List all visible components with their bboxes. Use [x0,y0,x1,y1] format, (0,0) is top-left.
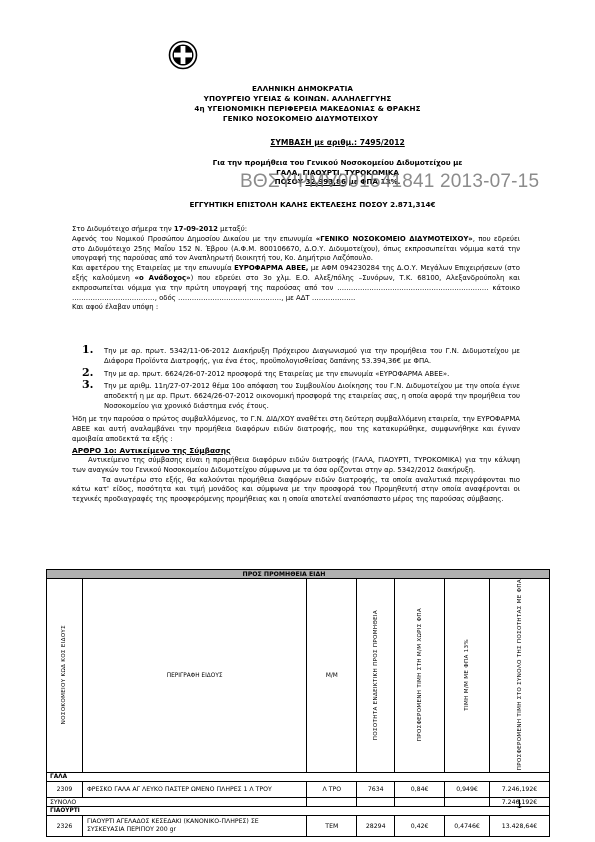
sum-row: ΣΥΝΟΛΟ 7.246,192€ [47,798,550,807]
cell-description: ΓΙΑΟΥΡΤΙ ΑΓΕΛΑΔΟΣ ΚΕΣΕΔΑΚΙ (ΚΑΝΟΝΙΚΟ-ΠΛΗ… [82,816,306,837]
party-2-intro: Και αφετέρου της Εταιρείας με την επωνυμ… [72,264,234,272]
party-2-name: ΕΥΡΟΦΑΡΜΑ ΑΒΕΕ, [234,264,308,272]
intro-section: Στο Διδυμότειχο σήμερα την 17-09-2012 με… [72,225,520,313]
col-header-price-label: ΠΡΟΣΦΕΡΟΜΕΝΗ ΤΙΜΗ ΣΤΗ Μ/Μ ΧΩΡΙΣ ΦΠΑ [417,608,423,741]
cell-unit: ΤΕΜ [307,816,357,837]
date-suffix: μεταξύ: [218,225,247,233]
article-1-body: Αντικείμενο της σύμβασης είναι η προμήθε… [72,456,520,505]
col-header-code: ΝΟΣΟΚΟΜΕΙΟΥ ΚΩΔ ΚΟΣ ΕΙΔΟΥΣ [47,579,83,773]
table-row: 2309 ΦΡΕΣΚΟ ΓΑΛΑ ΑΓ ΛΕΥΚΟ ΠΑΣΤΕΡ ΩΜΕΝΟ Π… [47,782,550,798]
cell-quantity: 28294 [357,816,395,837]
consideration-item: 2. Την με αρ. πρωτ. 6624/26-07-2012 προσ… [72,370,520,380]
item-text: Την με αρ. πρωτ. 6624/26-07-2012 προσφορ… [104,370,449,378]
contract-title: ΣΥΜΒΑΣΗ με αριθμ.: 7495/2012 [0,138,595,147]
col-header-code-label: ΝΟΣΟΚΟΜΕΙΟΥ ΚΩΔ ΚΟΣ ΕΙΔΟΥΣ [61,625,67,724]
col-header-quantity-label: ΠΟΣΟΤΗΤΑ ΕΝΔΕΙΚΤΙΚΗ ΠΡΟΣ ΠΡΟΜΗΘΕΙΑ [373,610,379,740]
cell-total: 13.428,64€ [490,816,550,837]
table-header-row: ΝΟΣΟΚΟΜΕΙΟΥ ΚΩΔ ΚΟΣ ΕΙΔΟΥΣ ΠΕΡΙΓΡΑΦΗ ΕΙΔ… [47,579,550,773]
agreement-paragraph: Ήδη με την παρούσα ο πρώτος συμβαλλόμενο… [72,415,520,444]
desc-line-2: ΣΥΣΚΕΥΑΣΙΑ ΠΕΡΙΠΟΥ 200 gr [87,826,306,834]
page-number: 1 [516,798,523,811]
issuer-header: ΕΛΛΗΝΙΚΗ ΔΗΜΟΚΡΑΤΙΑ ΥΠΟΥΡΓΕΙΟ ΥΓΕΙΑΣ & Κ… [0,84,595,124]
header-line-hospital: ΓΕΝΙΚΟ ΝΟΣΟΚΟΜΕΙΟ ΔΙΔΥΜΟΤΕΙΧΟΥ [0,114,595,124]
col-header-unit: Μ/Μ [307,579,357,773]
header-line-republic: ΕΛΛΗΝΙΚΗ ΔΗΜΟΚΡΑΤΙΑ [0,84,595,94]
contract-date: 17-09-2012 [174,225,218,233]
article-1-para-2: Τα ανωτέρω στο εξής, θα καλούνται προμήθ… [72,476,520,505]
cell-quantity: 7634 [357,782,395,798]
col-header-description: ΠΕΡΙΓΡΑΦΗ ΕΙΔΟΥΣ [82,579,306,773]
item-number: 2. [82,368,93,378]
document-page: ΕΛΛΗΝΙΚΗ ΔΗΜΟΚΡΑΤΙΑ ΥΠΟΥΡΓΕΙΟ ΥΓΕΙΑΣ & Κ… [0,0,595,842]
col-header-total: ΠΡΟΣΦΕΡΟΜΕΝΗ ΤΙΜΗ ΣΤΟ ΣΥΝΟΛΟ ΤΗΣ ΠΟΣΟΤΗΤ… [490,579,550,773]
cell-code: 2326 [47,816,83,837]
agreement-text: Ήδη με την παρούσα ο πρώτος συμβαλλόμενο… [72,415,520,444]
group-row: ΓΑΛΑ [47,773,550,782]
guarantee-letter-heading: ΕΓΓΥΗΤΙΚΗ ΕΠΙΣΤΟΛΗ ΚΑΛΗΣ ΕΚΤΕΛΕΣΗΣ ΠΟΣΟΥ… [0,200,595,209]
col-header-price-vat-label: ΤΙΜΗ Μ/Μ ΜΕ ΦΠΑ 13% [464,639,470,711]
cell-price: 0,84€ [395,782,445,798]
col-header-quantity: ΠΟΣΟΤΗΤΑ ΕΝΔΕΙΚΤΙΚΗ ΠΡΟΣ ΠΡΟΜΗΘΕΙΑ [357,579,395,773]
header-line-region: 4η ΥΓΕΙΟΝΟΜΙΚΗ ΠΕΡΙΦΕΡΕΙΑ ΜΑΚΕΔΟΝΙΑΣ & Θ… [0,104,595,114]
greek-coat-of-arms-icon [168,40,198,70]
table-caption: ΠΡΟΣ ΠΡΟΜΗΘΕΙΑ ΕΙΔΗ [47,570,550,579]
article-1-heading: ΑΡΘΡΟ 1ο: Αντικείμενο της Σύμβασης [72,446,230,455]
cell-code: 2309 [47,782,83,798]
subject-line-1: Για την προμήθεια του Γενικού Νοσοκομείο… [80,158,595,168]
item-number: 3. [82,380,93,390]
group-row: ΓΙΑΟΥΡΤΙ [47,807,550,816]
ada-watermark: ΒΘΣΥΨΜV001541841 2013-07-15 [240,171,539,193]
sum-empty [357,798,395,807]
header-line-ministry: ΥΠΟΥΡΓΕΙΟ ΥΓΕΙΑΣ & ΚΟΙΝΩΝ. ΑΛΛΗΛΕΓΓΥΗΣ [0,94,595,104]
party-1: Αφενός του Νομικού Προσώπου Δημοσίου Δικ… [72,235,520,264]
table-caption-row: ΠΡΟΣ ΠΡΟΜΗΘΕΙΑ ΕΙΔΗ [47,570,550,579]
considerations-list: 1. Την με αρ. πρωτ. 5342/11-06-2012 Διακ… [72,347,520,415]
col-header-price-vat: ΤΙΜΗ Μ/Μ ΜΕ ΦΠΑ 13% [445,579,490,773]
item-text: Την με αρ. πρωτ. 5342/11-06-2012 Διακήρυ… [104,347,520,365]
item-number: 1. [82,345,93,355]
consideration-item: 3. Την με αριθμ. 11η/27-07-2012 θέμα 10ο… [72,382,520,411]
party-1-name: «ΓΕΝΙΚΟ ΝΟΣΟΚΟΜΕΙΟ ΔΙΔΥΜΟΤΕΙΧΟΥ» [316,235,473,243]
considering-line: Και αφού έλαβαν υπόψη : [72,303,520,313]
date-prefix: Στο Διδυμότειχο σήμερα την [72,225,174,233]
items-table: ΠΡΟΣ ΠΡΟΜΗΘΕΙΑ ΕΙΔΗ ΝΟΣΟΚΟΜΕΙΟΥ ΚΩΔ ΚΟΣ … [46,569,550,837]
article-1-para-1: Αντικείμενο της σύμβασης είναι η προμήθε… [72,456,520,476]
desc-line-1: ΓΙΑΟΥΡΤΙ ΑΓΕΛΑΔΟΣ ΚΕΣΕΔΑΚΙ (ΚΑΝΟΝΙΚΟ-ΠΛΗ… [87,818,306,826]
table-row: 2326 ΓΙΑΟΥΡΤΙ ΑΓΕΛΑΔΟΣ ΚΕΣΕΔΑΚΙ (ΚΑΝΟΝΙΚ… [47,816,550,837]
cell-price-vat: 0,4746€ [445,816,490,837]
cell-price: 0,42€ [395,816,445,837]
cell-unit: Λ ΤΡΟ [307,782,357,798]
col-header-total-label: ΠΡΟΣΦΕΡΟΜΕΝΗ ΤΙΜΗ ΣΤΟ ΣΥΝΟΛΟ ΤΗΣ ΠΟΣΟΤΗΤ… [517,579,523,770]
sum-label: ΣΥΝΟΛΟ [47,798,307,807]
sum-empty [395,798,445,807]
sum-empty [445,798,490,807]
party-2-alias: «ο Ανάδοχος» [135,274,191,282]
party-1-intro: Αφενός του Νομικού Προσώπου Δημοσίου Δικ… [72,235,316,243]
group-name: ΓΑΛΑ [47,773,550,782]
cell-total: 7.246,192€ [490,782,550,798]
sum-empty [307,798,357,807]
party-2: Και αφετέρου της Εταιρείας με την επωνυμ… [72,264,520,303]
cell-price-vat: 0,949€ [445,782,490,798]
intro-date-line: Στο Διδυμότειχο σήμερα την 17-09-2012 με… [72,225,520,235]
col-header-price: ΠΡΟΣΦΕΡΟΜΕΝΗ ΤΙΜΗ ΣΤΗ Μ/Μ ΧΩΡΙΣ ΦΠΑ [395,579,445,773]
group-name: ΓΙΑΟΥΡΤΙ [47,807,550,816]
consideration-item: 1. Την με αρ. πρωτ. 5342/11-06-2012 Διακ… [72,347,520,367]
cell-description: ΦΡΕΣΚΟ ΓΑΛΑ ΑΓ ΛΕΥΚΟ ΠΑΣΤΕΡ ΩΜΕΝΟ ΠΛΗΡΕΣ… [82,782,306,798]
item-text: Την με αριθμ. 11η/27-07-2012 θέμα 10ο απ… [104,382,520,410]
